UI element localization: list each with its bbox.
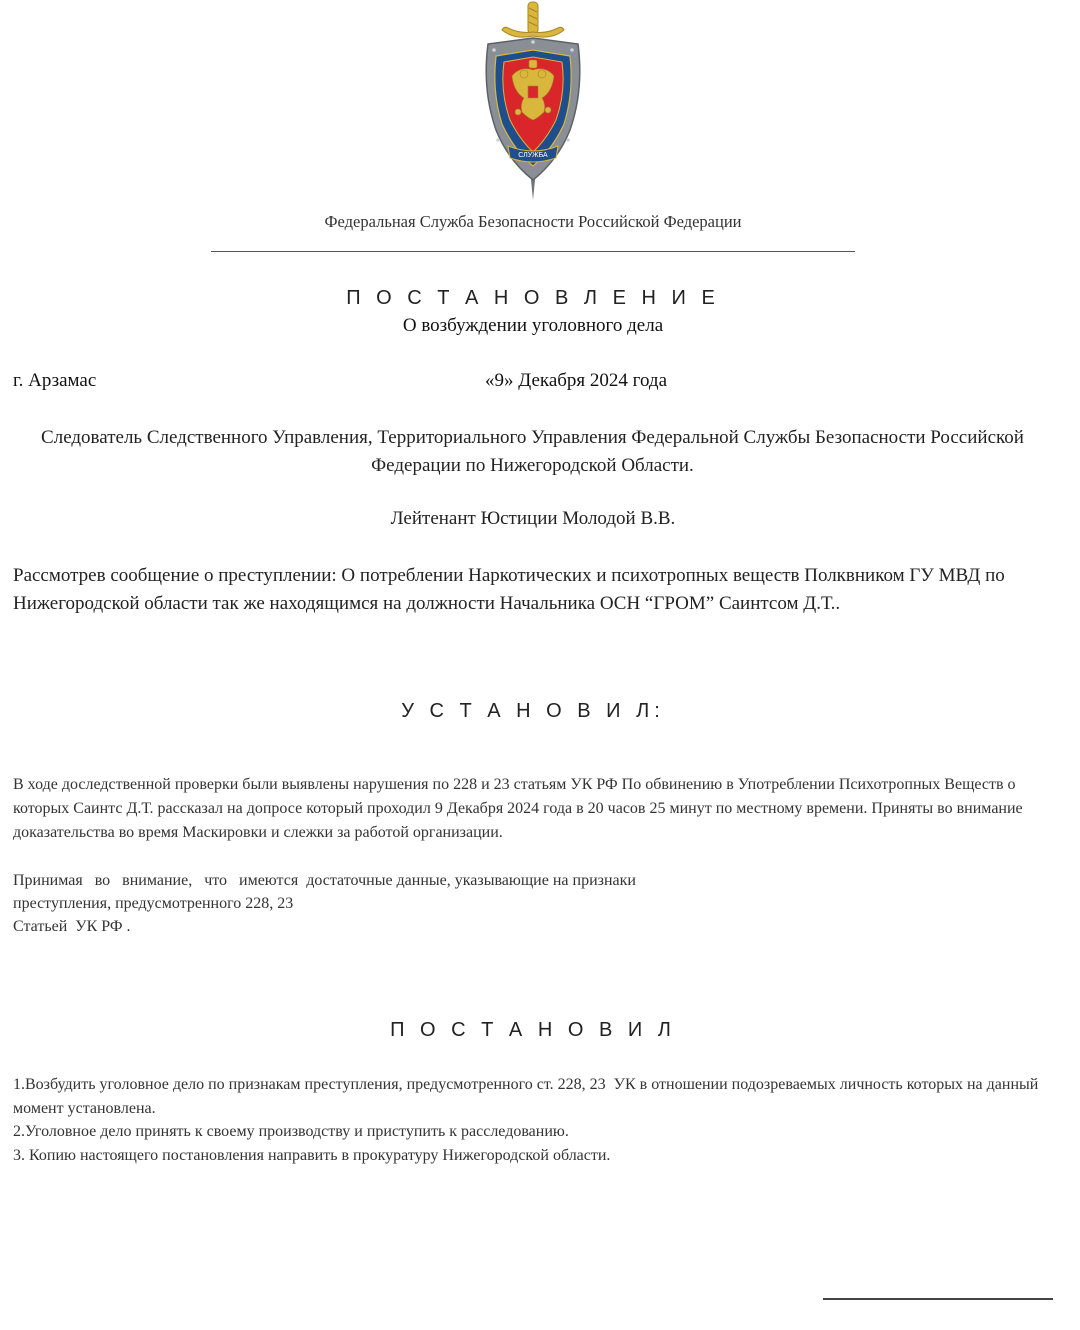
resolved-list: 1.Возбудить уголовное дело по признакам … [13,1073,1063,1167]
established-paragraph-2: Принимая во внимание, что имеются достат… [13,869,733,938]
city: г. Арзамас [13,370,96,392]
list-item: 3. Копию настоящего постановления направ… [13,1144,1063,1168]
resolved-heading: П О С Т А Н О В И Л [0,1019,1066,1042]
investigator-position: Следователь Следственного Управления, Те… [30,424,1035,480]
list-item: 1.Возбудить уголовное дело по признакам … [13,1073,1063,1120]
svg-text:СЛУЖБА: СЛУЖБА [518,152,548,159]
considered-paragraph: Рассмотрев сообщение о преступлении: О п… [13,562,1063,618]
investigator-rank-name: Лейтенант Юстиции Молодой В.В. [0,508,1066,530]
document-title: П О С Т А Н О В Л Е Н И Е [0,287,1066,310]
signature-line [823,1298,1053,1300]
established-paragraph-1: В ходе доследственной проверки были выяв… [13,773,1073,845]
document-date: «9» Декабря 2024 года [485,370,667,392]
organization-name: Федеральная Служба Безопасности Российск… [0,212,1066,232]
list-item: 2.Уголовное дело принять к своему произв… [13,1120,1063,1144]
document-subtitle: О возбуждении уголовного дела [0,315,1066,337]
established-heading: У С Т А Н О В И Л: [0,700,1066,723]
fsb-shield-emblem-icon: СЛУЖБА [474,0,592,205]
header-divider [211,251,855,252]
